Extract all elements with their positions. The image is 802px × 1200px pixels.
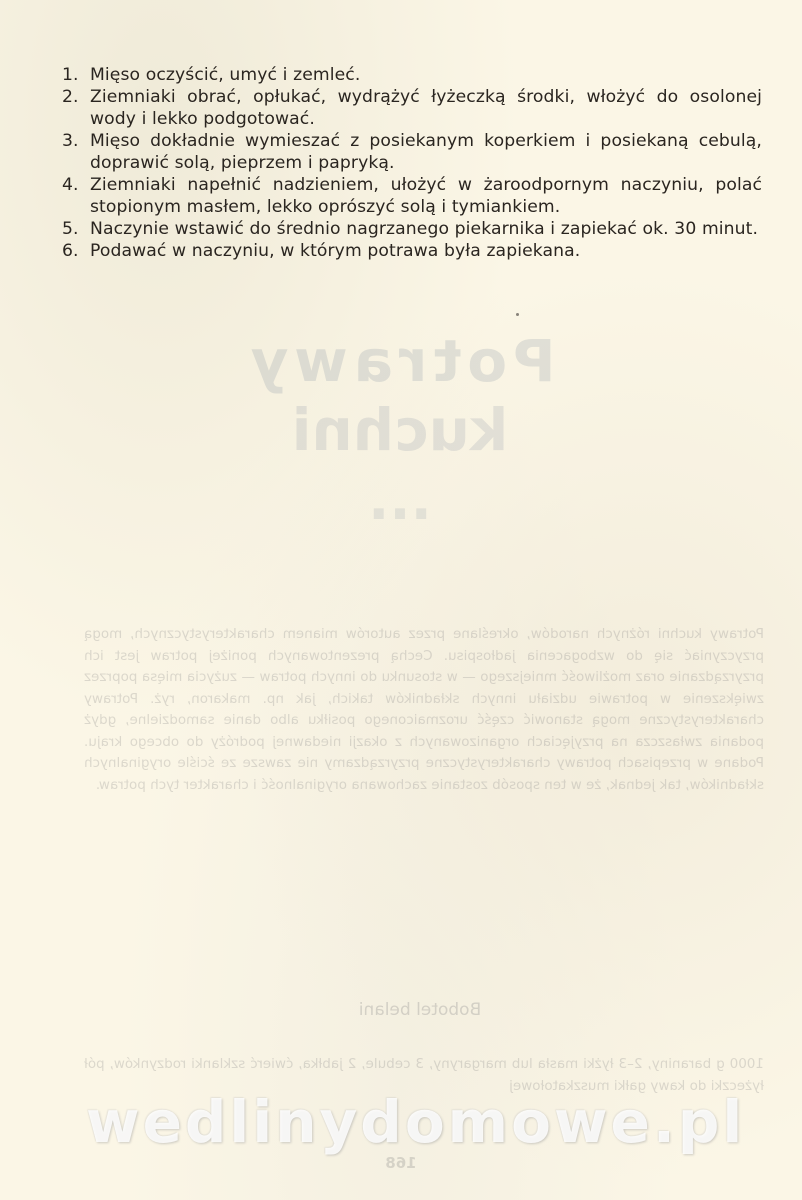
step-text: Ziemniaki obrać, opłukać, wydrążyć łyżec… — [90, 86, 762, 130]
step-number: 6. — [62, 240, 90, 262]
bleed-through-paragraph: Potrawy kuchni różnych narodów, określan… — [84, 624, 764, 796]
scanned-page: Potrawy kuchni ... Potrawy kuchni różnyc… — [0, 0, 802, 1200]
recipe-step: 4. Ziemniaki napełnić nadzieniem, ułożyć… — [62, 174, 762, 218]
step-text: Naczynie wstawić do średnio nagrzanego p… — [90, 218, 762, 240]
step-text: Podawać w naczyniu, w którym potrawa był… — [90, 240, 762, 262]
step-text: Mięso oczyścić, umyć i zemleć. — [90, 64, 762, 86]
step-text: Mięso dokładnie wymieszać z posiekanym k… — [90, 130, 762, 174]
recipe-steps-list: 1. Mięso oczyścić, umyć i zemleć. 2. Zie… — [62, 64, 762, 262]
page-number: 168 — [376, 1154, 426, 1172]
step-number: 1. — [62, 64, 90, 86]
bleed-through-heading: Potrawy — [140, 326, 660, 396]
step-number: 5. — [62, 218, 90, 240]
step-text: Ziemniaki napełnić nadzieniem, ułożyć w … — [90, 174, 762, 218]
recipe-step: 3. Mięso dokładnie wymieszać z posiekany… — [62, 130, 762, 174]
bleed-through-heading-line3: ... — [340, 468, 460, 533]
step-number: 4. — [62, 174, 90, 196]
step-number: 3. — [62, 130, 90, 152]
recipe-step: 2. Ziemniaki obrać, opłukać, wydrążyć ły… — [62, 86, 762, 130]
print-speck — [516, 313, 519, 316]
recipe-step: 5. Naczynie wstawić do średnio nagrzaneg… — [62, 218, 762, 240]
bleed-through-heading-line2: kuchni — [240, 396, 560, 464]
bleed-through-subtitle: Bobotel belani — [320, 1000, 520, 1020]
step-number: 2. — [62, 86, 90, 108]
watermark: wedlinydomowe.pl — [86, 1088, 726, 1156]
recipe-step: 1. Mięso oczyścić, umyć i zemleć. — [62, 64, 762, 86]
recipe-step: 6. Podawać w naczyniu, w którym potrawa … — [62, 240, 762, 262]
